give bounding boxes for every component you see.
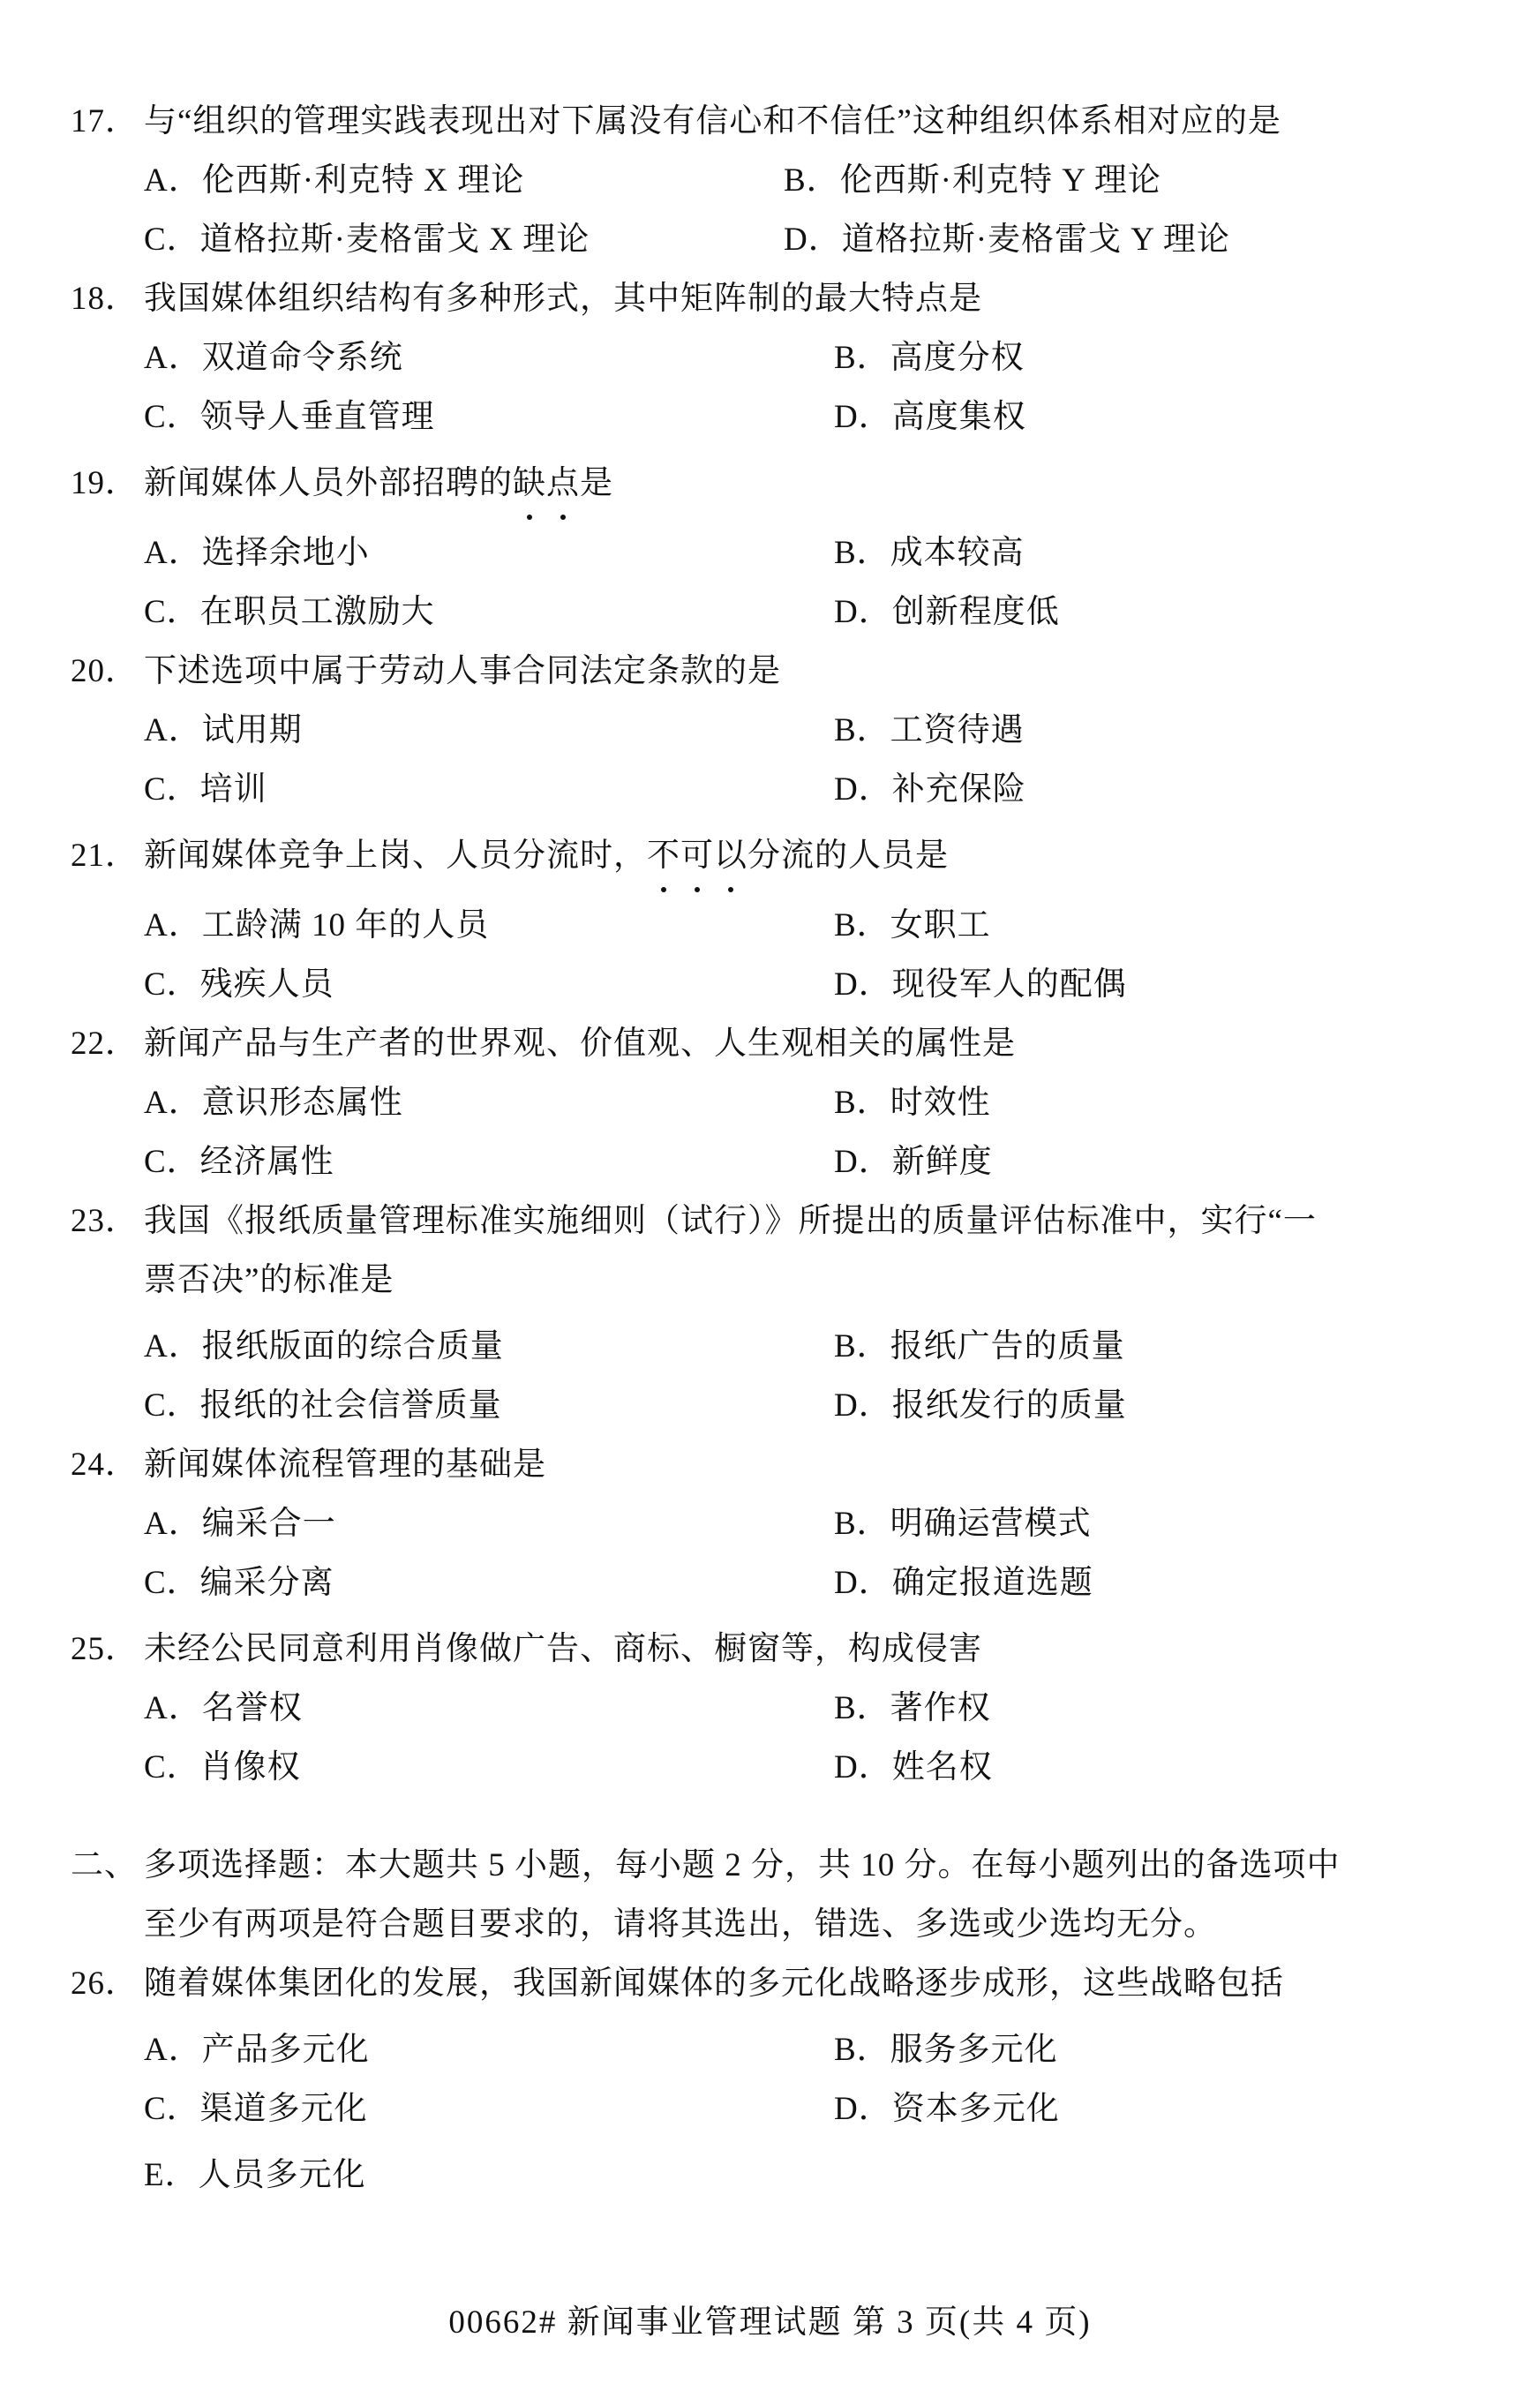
question-21-stem: 21．新闻媒体竞争上岗、人员分流时，不可以分流的人员是: [0, 826, 1540, 885]
question-25-text: 未经公民同意利用肖像做广告、商标、橱窗等，构成侵害: [144, 1631, 982, 1667]
question-25: 25．未经公民同意利用肖像做广告、商标、橱窗等，构成侵害 A．名誉权 B．著作权…: [0, 1620, 1540, 1797]
question-20-options-row-2: C．培训 D．补充保险: [0, 760, 1540, 819]
option-22-B: B．时效性: [834, 1073, 991, 1132]
question-24: 24．新闻媒体流程管理的基础是 A．编采合一 B．明确运营模式 C．编采分离 D…: [0, 1435, 1540, 1612]
question-19: 19．新闻媒体人员外部招聘的缺点是 A．选择余地小 B．成本较高 C．在职员工激…: [0, 454, 1540, 642]
question-20-stem: 20．下述选项中属于劳动人事合同法定条款的是: [0, 642, 1540, 701]
question-20-options-row-1: A．试用期 B．工资待遇: [0, 701, 1540, 760]
question-21: 21．新闻媒体竞争上岗、人员分流时，不可以分流的人员是 A．工龄满 10 年的人…: [0, 826, 1540, 1014]
option-23-B: B．报纸广告的质量: [834, 1317, 1125, 1376]
option-22-C: C．经济属性: [144, 1144, 334, 1180]
option-17-A: A．伦西斯·利克特 X 理论: [144, 162, 524, 199]
option-26-D: D．资本多元化: [834, 2079, 1060, 2139]
question-18-text: 我国媒体组织结构有多种形式，其中矩阵制的最大特点是: [144, 281, 982, 317]
question-18: 18．我国媒体组织结构有多种形式，其中矩阵制的最大特点是 A．双道命令系统 B．…: [0, 269, 1540, 447]
question-18-options-row-1: A．双道命令系统 B．高度分权: [0, 328, 1540, 387]
question-22-options-row-2: C．经济属性 D．新鲜度: [0, 1132, 1540, 1191]
question-24-number: 24．: [71, 1435, 144, 1494]
question-21-text: 新闻媒体竞争上岗、人员分流时，不可以分流的人员是: [144, 838, 949, 874]
question-21-text-pre: 新闻媒体竞争上岗、人员分流时，: [144, 838, 647, 874]
question-19-text-emphasized: 缺点: [513, 465, 580, 501]
question-20-number: 20．: [71, 642, 144, 701]
option-19-D: D．创新程度低: [834, 583, 1060, 642]
option-22-D: D．新鲜度: [834, 1132, 993, 1191]
question-23-text-line-1: 我国《报纸质量管理标准实施细则（试行）》所提出的质量评估标准中，实行“一: [144, 1203, 1317, 1239]
option-20-A: A．试用期: [144, 712, 303, 748]
question-17: 17．与“组织的管理实践表现出对下属没有信心和不信任”这种组织体系相对应的是 A…: [0, 92, 1540, 269]
option-17-B: B．伦西斯·利克特 Y 理论: [784, 151, 1161, 210]
question-17-text: 与“组织的管理实践表现出对下属没有信心和不信任”这种组织体系相对应的是: [144, 103, 1281, 139]
question-22-number: 22．: [71, 1014, 144, 1073]
question-24-options-row-1: A．编采合一 B．明确运营模式: [0, 1494, 1540, 1553]
option-19-B: B．成本较高: [834, 523, 1025, 583]
option-21-C: C．残疾人员: [144, 966, 334, 1003]
question-19-options-row-1: A．选择余地小 B．成本较高: [0, 523, 1540, 583]
question-25-number: 25．: [71, 1620, 144, 1679]
question-23-stem-line-2: 票否决”的标准是: [0, 1251, 1540, 1310]
option-26-A: A．产品多元化: [144, 2032, 370, 2068]
section-2-header-line-1: 二、多项选择题：本大题共 5 小题，每小题 2 分，共 10 分。在每小题列出的…: [0, 1836, 1540, 1895]
page-footer-text: 00662# 新闻事业管理试题 第 3 页(共 4 页): [448, 2304, 1091, 2341]
option-26-E: E．人员多元化: [144, 2157, 366, 2193]
option-24-C: C．编采分离: [144, 1565, 334, 1601]
question-20-text: 下述选项中属于劳动人事合同法定条款的是: [144, 653, 781, 689]
question-25-stem: 25．未经公民同意利用肖像做广告、商标、橱窗等，构成侵害: [0, 1620, 1540, 1679]
section-2-header: 二、多项选择题：本大题共 5 小题，每小题 2 分，共 10 分。在每小题列出的…: [0, 1836, 1540, 1954]
option-24-B: B．明确运营模式: [834, 1494, 1092, 1553]
option-24-A: A．编采合一: [144, 1506, 336, 1542]
question-23-options-row-1: A．报纸版面的综合质量 B．报纸广告的质量: [0, 1317, 1540, 1376]
question-22-stem: 22．新闻产品与生产者的世界观、价值观、人生观相关的属性是: [0, 1014, 1540, 1073]
option-22-A: A．意识形态属性: [144, 1085, 403, 1121]
question-20: 20．下述选项中属于劳动人事合同法定条款的是 A．试用期 B．工资待遇 C．培训…: [0, 642, 1540, 819]
option-25-B: B．著作权: [834, 1679, 991, 1738]
question-26-stem: 26．随着媒体集团化的发展，我国新闻媒体的多元化战略逐步成形，这些战略包括: [0, 1954, 1540, 2013]
option-19-C: C．在职员工激励大: [144, 594, 435, 630]
section-2-text-line-2: 至少有两项是符合题目要求的，请将其选出，错选、多选或少选均无分。: [144, 1906, 1217, 1943]
option-18-A: A．双道命令系统: [144, 340, 403, 376]
question-23-stem-line-1: 23．我国《报纸质量管理标准实施细则（试行）》所提出的质量评估标准中，实行“一: [0, 1191, 1540, 1251]
section-2-header-line-2: 至少有两项是符合题目要求的，请将其选出，错选、多选或少选均无分。: [0, 1895, 1540, 1954]
question-21-text-emphasized: 不可以: [647, 838, 747, 874]
question-17-options-row-1: A．伦西斯·利克特 X 理论 B．伦西斯·利克特 Y 理论: [0, 151, 1540, 210]
option-24-D: D．确定报道选题: [834, 1553, 1093, 1612]
question-26-options-row-2: C．渠道多元化 D．资本多元化: [0, 2079, 1540, 2139]
question-23-options-row-2: C．报纸的社会信誉质量 D．报纸发行的质量: [0, 1376, 1540, 1435]
option-21-B: B．女职工: [834, 896, 991, 955]
option-23-A: A．报纸版面的综合质量: [144, 1328, 504, 1364]
question-19-number: 19．: [71, 454, 144, 513]
question-22-text: 新闻产品与生产者的世界观、价值观、人生观相关的属性是: [144, 1026, 1016, 1062]
question-21-number: 21．: [71, 826, 144, 885]
question-17-options-row-2: C．道格拉斯·麦格雷戈 X 理论 D．道格拉斯·麦格雷戈 Y 理论: [0, 210, 1540, 269]
question-21-options-row-2: C．残疾人员 D．现役军人的配偶: [0, 955, 1540, 1014]
question-21-text-post: 分流的人员是: [747, 838, 949, 874]
option-26-B: B．服务多元化: [834, 2020, 1058, 2079]
question-24-text: 新闻媒体流程管理的基础是: [144, 1447, 546, 1483]
question-17-stem: 17．与“组织的管理实践表现出对下属没有信心和不信任”这种组织体系相对应的是: [0, 92, 1540, 151]
question-24-options-row-2: C．编采分离 D．确定报道选题: [0, 1553, 1540, 1612]
option-25-D: D．姓名权: [834, 1738, 993, 1797]
option-18-D: D．高度集权: [834, 387, 1026, 447]
question-19-text-pre: 新闻媒体人员外部招聘的: [144, 465, 513, 501]
question-19-text: 新闻媒体人员外部招聘的缺点是: [144, 465, 613, 501]
question-25-options-row-2: C．肖像权 D．姓名权: [0, 1738, 1540, 1797]
section-2-label: 二、: [71, 1836, 144, 1895]
question-23-text-line-2: 票否决”的标准是: [144, 1262, 394, 1298]
question-25-options-row-1: A．名誉权 B．著作权: [0, 1679, 1540, 1738]
question-24-stem: 24．新闻媒体流程管理的基础是: [0, 1435, 1540, 1494]
question-21-options-row-1: A．工龄满 10 年的人员 B．女职工: [0, 896, 1540, 955]
question-23-number: 23．: [71, 1191, 144, 1251]
option-26-C: C．渠道多元化: [144, 2091, 368, 2127]
option-19-A: A．选择余地小: [144, 535, 370, 571]
exam-page: 17．与“组织的管理实践表现出对下属没有信心和不信任”这种组织体系相对应的是 A…: [0, 0, 1540, 2398]
question-19-text-post: 是: [580, 465, 613, 501]
option-20-B: B．工资待遇: [834, 701, 1025, 760]
question-23: 23．我国《报纸质量管理标准实施细则（试行）》所提出的质量评估标准中，实行“一 …: [0, 1191, 1540, 1435]
question-26-options-row-3: E．人员多元化: [0, 2146, 1540, 2205]
option-20-D: D．补充保险: [834, 760, 1026, 819]
option-18-C: C．领导人垂直管理: [144, 399, 435, 435]
option-23-D: D．报纸发行的质量: [834, 1376, 1127, 1435]
option-17-D: D．道格拉斯·麦格雷戈 Y 理论: [784, 210, 1230, 269]
question-26-options-row-1: A．产品多元化 B．服务多元化: [0, 2020, 1540, 2079]
question-26: 26．随着媒体集团化的发展，我国新闻媒体的多元化战略逐步成形，这些战略包括 A．…: [0, 1954, 1540, 2205]
question-22-options-row-1: A．意识形态属性 B．时效性: [0, 1073, 1540, 1132]
option-18-B: B．高度分权: [834, 328, 1025, 387]
section-2-text-line-1: 多项选择题：本大题共 5 小题，每小题 2 分，共 10 分。在每小题列出的备选…: [144, 1847, 1341, 1883]
question-19-stem: 19．新闻媒体人员外部招聘的缺点是: [0, 454, 1540, 513]
question-18-options-row-2: C．领导人垂直管理 D．高度集权: [0, 387, 1540, 447]
question-26-number: 26．: [71, 1954, 144, 2013]
option-23-C: C．报纸的社会信誉质量: [144, 1387, 502, 1424]
question-19-options-row-2: C．在职员工激励大 D．创新程度低: [0, 583, 1540, 642]
option-25-A: A．名誉权: [144, 1690, 303, 1726]
option-17-C: C．道格拉斯·麦格雷戈 X 理论: [144, 222, 590, 258]
option-20-C: C．培训: [144, 771, 267, 808]
question-22: 22．新闻产品与生产者的世界观、价值观、人生观相关的属性是 A．意识形态属性 B…: [0, 1014, 1540, 1191]
question-18-stem: 18．我国媒体组织结构有多种形式，其中矩阵制的最大特点是: [0, 269, 1540, 328]
question-26-text: 随着媒体集团化的发展，我国新闻媒体的多元化战略逐步成形，这些战略包括: [144, 1966, 1284, 2002]
question-18-number: 18．: [71, 269, 144, 328]
option-21-D: D．现役军人的配偶: [834, 955, 1127, 1014]
option-21-A: A．工龄满 10 年的人员: [144, 907, 489, 943]
option-25-C: C．肖像权: [144, 1749, 301, 1785]
question-17-number: 17．: [71, 92, 144, 151]
page-footer: 00662# 新闻事业管理试题 第 3 页(共 4 页): [0, 2293, 1540, 2352]
